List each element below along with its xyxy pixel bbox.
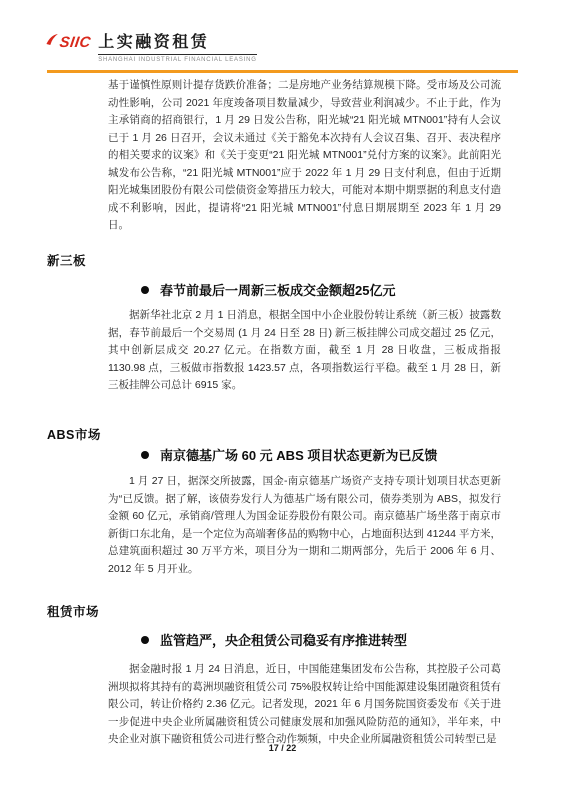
section-body-abs: 1 月 27 日，据深交所披露，国金-南京德基广场资产支持专项计划项目状态更新为… [108,473,501,581]
bullet-title: 南京德基广场 60 元 ABS 项目状态更新为已反馈 [160,445,437,464]
document-page: SIIC 上实融资租赁 SHANGHAI INDUSTRIAL FINANCIA… [0,0,565,800]
bullet-title: 春节前最后一周新三板成交金额超25亿元 [160,280,395,299]
company-name-en: SHANGHAI INDUSTRIAL FINANCIAL LEASING [98,57,257,63]
section-heading-abs: ABS市场 [47,425,101,443]
company-name: 上实融资租赁 [98,29,257,55]
section-heading-neeq: 新三板 [47,251,86,269]
logo-text: SIIC [59,34,93,51]
bullet-icon [141,636,149,644]
logo-swoosh-icon [44,33,59,51]
section-body-leasing: 据金融时报 1 月 24 日消息，近日，中国能建集团发布公告称，其控股子公司葛洲… [108,661,501,750]
siic-logo-mark: SIIC [44,29,92,51]
bullet-icon [141,451,149,459]
bullet-item: 南京德基广场 60 元 ABS 项目状态更新为已反馈 [141,445,437,464]
bullet-item: 监管趋严，央企租赁公司稳妥有序推进转型 [141,630,407,649]
bullet-icon [141,286,149,294]
bullet-item: 春节前最后一周新三板成交金额超25亿元 [141,280,395,299]
section-body-neeq: 据新华社北京 2 月 1 日消息，根据全国中小企业股份转让系统（新三板）披露数据… [108,307,501,397]
bullet-title: 监管趋严，央企租赁公司稳妥有序推进转型 [160,630,407,649]
intro-paragraph: 基于谨慎性原则计提存货跌价准备；二是房地产业务结算规模下降。受市场及公司流动性影… [108,77,501,235]
footer-page-number: 17 / 22 [0,743,565,753]
section-heading-leasing: 租赁市场 [47,602,99,620]
header-divider [47,70,518,73]
company-logo: SIIC 上实融资租赁 SHANGHAI INDUSTRIAL FINANCIA… [46,29,257,63]
